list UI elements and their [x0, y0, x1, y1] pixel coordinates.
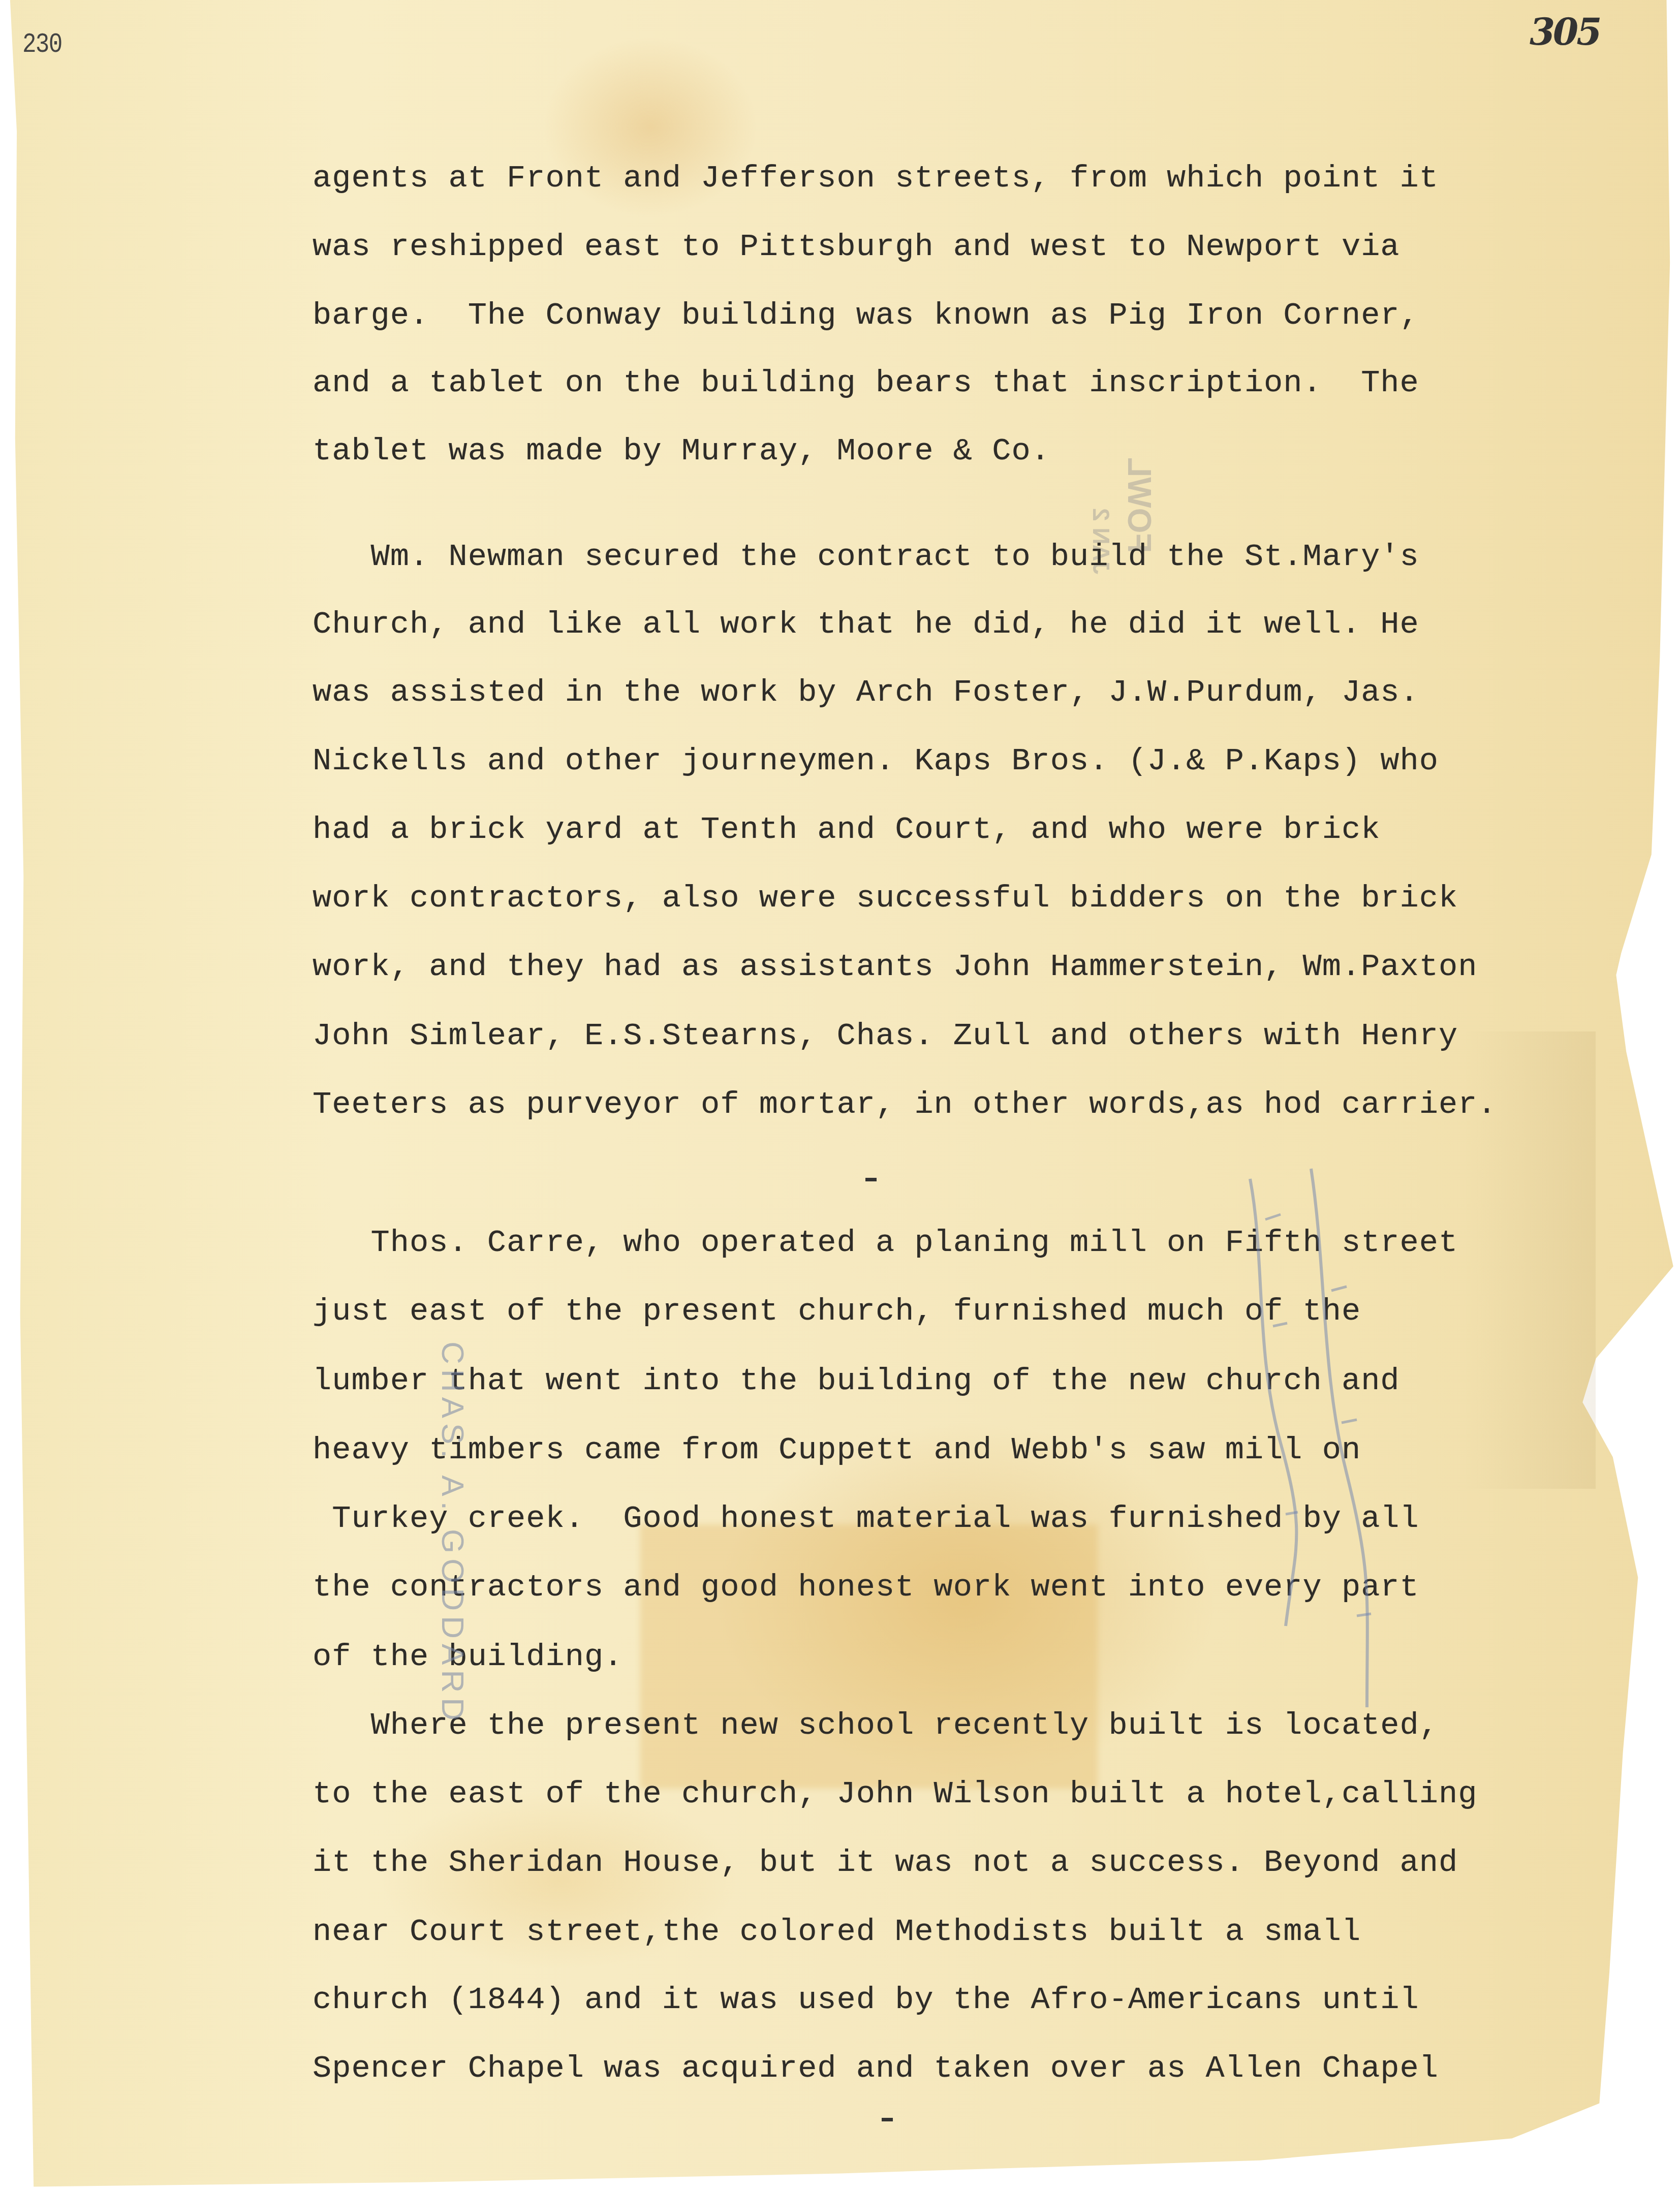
text-line: it the Sheridan House, but it was not a … — [313, 1844, 1458, 1881]
handwritten-page-number: 305 — [1530, 10, 1600, 53]
text-line: to the east of the church, John Wilson b… — [313, 1776, 1477, 1812]
goddard-name-stamp: CHAS. A. GODDARD — [434, 1341, 471, 1726]
text-line: was reshipped east to Pittsburgh and wes… — [313, 229, 1400, 265]
typed-page-number: 230 — [22, 29, 62, 60]
text-line: agents at Front and Jefferson streets, f… — [313, 160, 1439, 196]
text-line: Teeters as purveyor of mortar, in other … — [313, 1086, 1497, 1122]
text-line: and a tablet on the building bears that … — [313, 365, 1419, 401]
paper-stain — [640, 1524, 1098, 1789]
text-line: just east of the present church, furnish… — [313, 1293, 1361, 1329]
pencil-annotation-scribble — [1235, 1159, 1418, 1717]
text-line: work contractors, also were successful b… — [313, 880, 1458, 916]
text-line: barge. The Conway building was known as … — [313, 297, 1419, 333]
separator-mark — [882, 2118, 893, 2121]
text-line: church (1844) and it was used by the Afr… — [313, 1982, 1419, 2018]
text-line: John Simlear, E.S.Stearns, Chas. Zull an… — [313, 1018, 1458, 1054]
text-line: had a brick yard at Tenth and Court, and… — [313, 811, 1380, 848]
text-line: tablet was made by Murray, Moore & Co. — [313, 433, 1050, 469]
text-line: Church, and like all work that he did, h… — [313, 606, 1419, 642]
text-line: Nickells and other journeymen. Kaps Bros… — [313, 743, 1439, 779]
text-line: Wm. Newman secured the contract to build… — [313, 539, 1419, 575]
text-line: work, and they had as assistants John Ha… — [313, 949, 1477, 985]
separator-mark — [865, 1178, 877, 1181]
text-line: was assisted in the work by Arch Foster,… — [313, 674, 1419, 710]
text-line: near Court street,the colored Methodists… — [313, 1914, 1361, 1950]
text-line: Spencer Chapel was acquired and taken ov… — [313, 2050, 1439, 2086]
